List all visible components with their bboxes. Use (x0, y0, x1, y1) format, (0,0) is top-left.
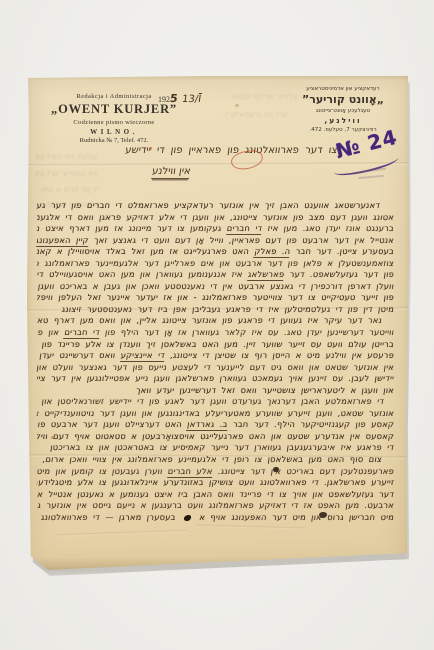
handwritten-heading-line1: צו דער פארוואלטונג פון פאראיין פון די יי… (122, 145, 338, 160)
letterhead-yiddish-dept: רעדאקציע און אדמיניסטראציע (289, 86, 397, 92)
paper-stain (235, 104, 239, 107)
handwritten-line: אין אונזער שטאט און וואס גיט דעם לייענער… (36, 362, 395, 374)
date-line: 192513/I (158, 87, 201, 106)
letterhead-yiddish-subtitle: טעגלעכע אָוונט־צייטונג (289, 108, 397, 114)
date-handwritten-year: 5 (169, 92, 178, 105)
handwritten-line: אטונג וועגן דעם מצב פון אונזער צייטונג, … (36, 212, 395, 224)
handwritten-line: וועלן דארפן דורכפירן די גאנצע ארבעט אין … (36, 281, 395, 293)
handwritten-line: אונזער שטאט, וועגן זייערע שווערע מאטעריע… (36, 408, 395, 420)
handwritten-line: ברענגט אונז יעדן טאג. מען איז די חברים ג… (36, 223, 395, 235)
handwritten-line: זייערע פארשלאגן. די פארוואלטונג וועט צוש… (36, 477, 395, 489)
handwritten-line: פארעפנטלעכן דעם באריכט אין דער צייטונג. … (36, 466, 395, 478)
handwritten-line: ארבעט. מען האפט אז די דאזיקע פארזאמלונג … (36, 500, 395, 512)
handwritten-line: פרעסע אין ווילנע מיט א הייסן רוף צו שטיצ… (36, 350, 395, 362)
letter-paper: אוונט קוריער ווילנערעדאקציע פון דעראון ד… (27, 74, 409, 571)
letterhead-polish-address: Rudnicka № 7, Telef. 472. (50, 137, 178, 144)
letterhead-yiddish-city: ווילנע, (289, 116, 397, 125)
letterhead-yiddish: רעדאקציע און אדמיניסטראציע „אָוונט קוריע… (289, 86, 397, 133)
paper-wrinkle (197, 525, 307, 530)
handwritten-line: אנטייל אין דער ארבעט פון דעם פאראיין, וו… (36, 235, 395, 247)
handwritten-line: מיט חברישן גרוס און מיט דער האפענונג אוי… (36, 512, 395, 524)
handwritten-line: יידישן לעבן. עס זיינען אויך געמאכט געווא… (36, 373, 395, 385)
handwritten-line: די פראגע איז איבערגעגעבן געווארן דער ניי… (36, 442, 395, 454)
handwritten-line: פון דער געזעלשאפט. דער פארשלאג איז אנגענ… (36, 269, 395, 281)
handwritten-line: די פארזאמלטע האבן דערנאך גערעדט וועגן דע… (36, 396, 395, 408)
handwritten-line: קאסע פון קעגנזייטיקער הילף. דער חבר ב. ג… (36, 419, 395, 431)
handwritten-line: ווייטער דערשיינען יעדן טאג. עס איז קלאר … (36, 327, 395, 339)
handwritten-line: צום סוף האט מען באשלאסן צו רופן די אלגעמ… (36, 454, 395, 466)
scan-background: אוונט קוריער ווילנערעדאקציע פון דעראון ד… (0, 0, 434, 650)
paper-wrinkle (57, 530, 187, 537)
ink-blot (184, 514, 192, 520)
handwritten-line: דער געזעלשאפט און אויך צו די פריינד וואס… (36, 489, 395, 501)
pencil-scribble (358, 175, 384, 179)
handwritten-body: דאנערשטאג אווענט האבן זיך אין אונזער רעד… (37, 200, 394, 523)
bleedthrough-text: פון דער צייטונג אין (34, 169, 98, 178)
handwritten-line: צוזאמענשטעלן א פלאן פון דער ארבעט און אי… (36, 258, 395, 270)
date-handwritten-day: 13/I (181, 94, 202, 105)
bleedthrough-text: מיט א גרוס פון די (40, 185, 100, 194)
paper-edge-top (27, 74, 409, 81)
bleedthrough-text: און דאס איז געווען (34, 152, 97, 161)
handwritten-line: דאנערשטאג אווענט האבן זיך אין אונזער רעד… (36, 200, 395, 212)
handwritten-line: פון זייער טעטיקייט צו דער צווייטער פארזא… (36, 292, 395, 304)
handwritten-line: קאסעס אין אנדערע שטעט און האט פארגעלייגט… (36, 431, 395, 443)
paper-edge-bottom (27, 557, 409, 571)
letterhead-polish-subtitle: Codzienne pismo wieczorne (50, 119, 178, 126)
handwritten-line: און וועגן א ליטערארישן צושטייער וואס זאל… (36, 385, 395, 397)
handwritten-line: ברייטן עולם וועט עס זייער שווער זיין. מע… (36, 339, 395, 351)
date-printed-year-prefix: 192 (158, 95, 170, 104)
letterhead-polish-city: WILNO. (50, 128, 178, 136)
handwritten-line: בעסערע צייטן. דער חבר ה. פאלק האט פארגעל… (36, 246, 395, 258)
letterhead-yiddish-name: „אָוונט קוריער” (289, 93, 397, 106)
handwritten-line: נאר דער עיקר איז געווען די פראגע פון אונ… (36, 315, 395, 327)
handwritten-heading-line2: אין ווילנע (151, 166, 191, 179)
bleedthrough-text: רעדאקציע פון דער (224, 110, 290, 119)
handwritten-line: מיטן דין פון די געלטמיטלען איז די פראגע … (36, 304, 395, 316)
